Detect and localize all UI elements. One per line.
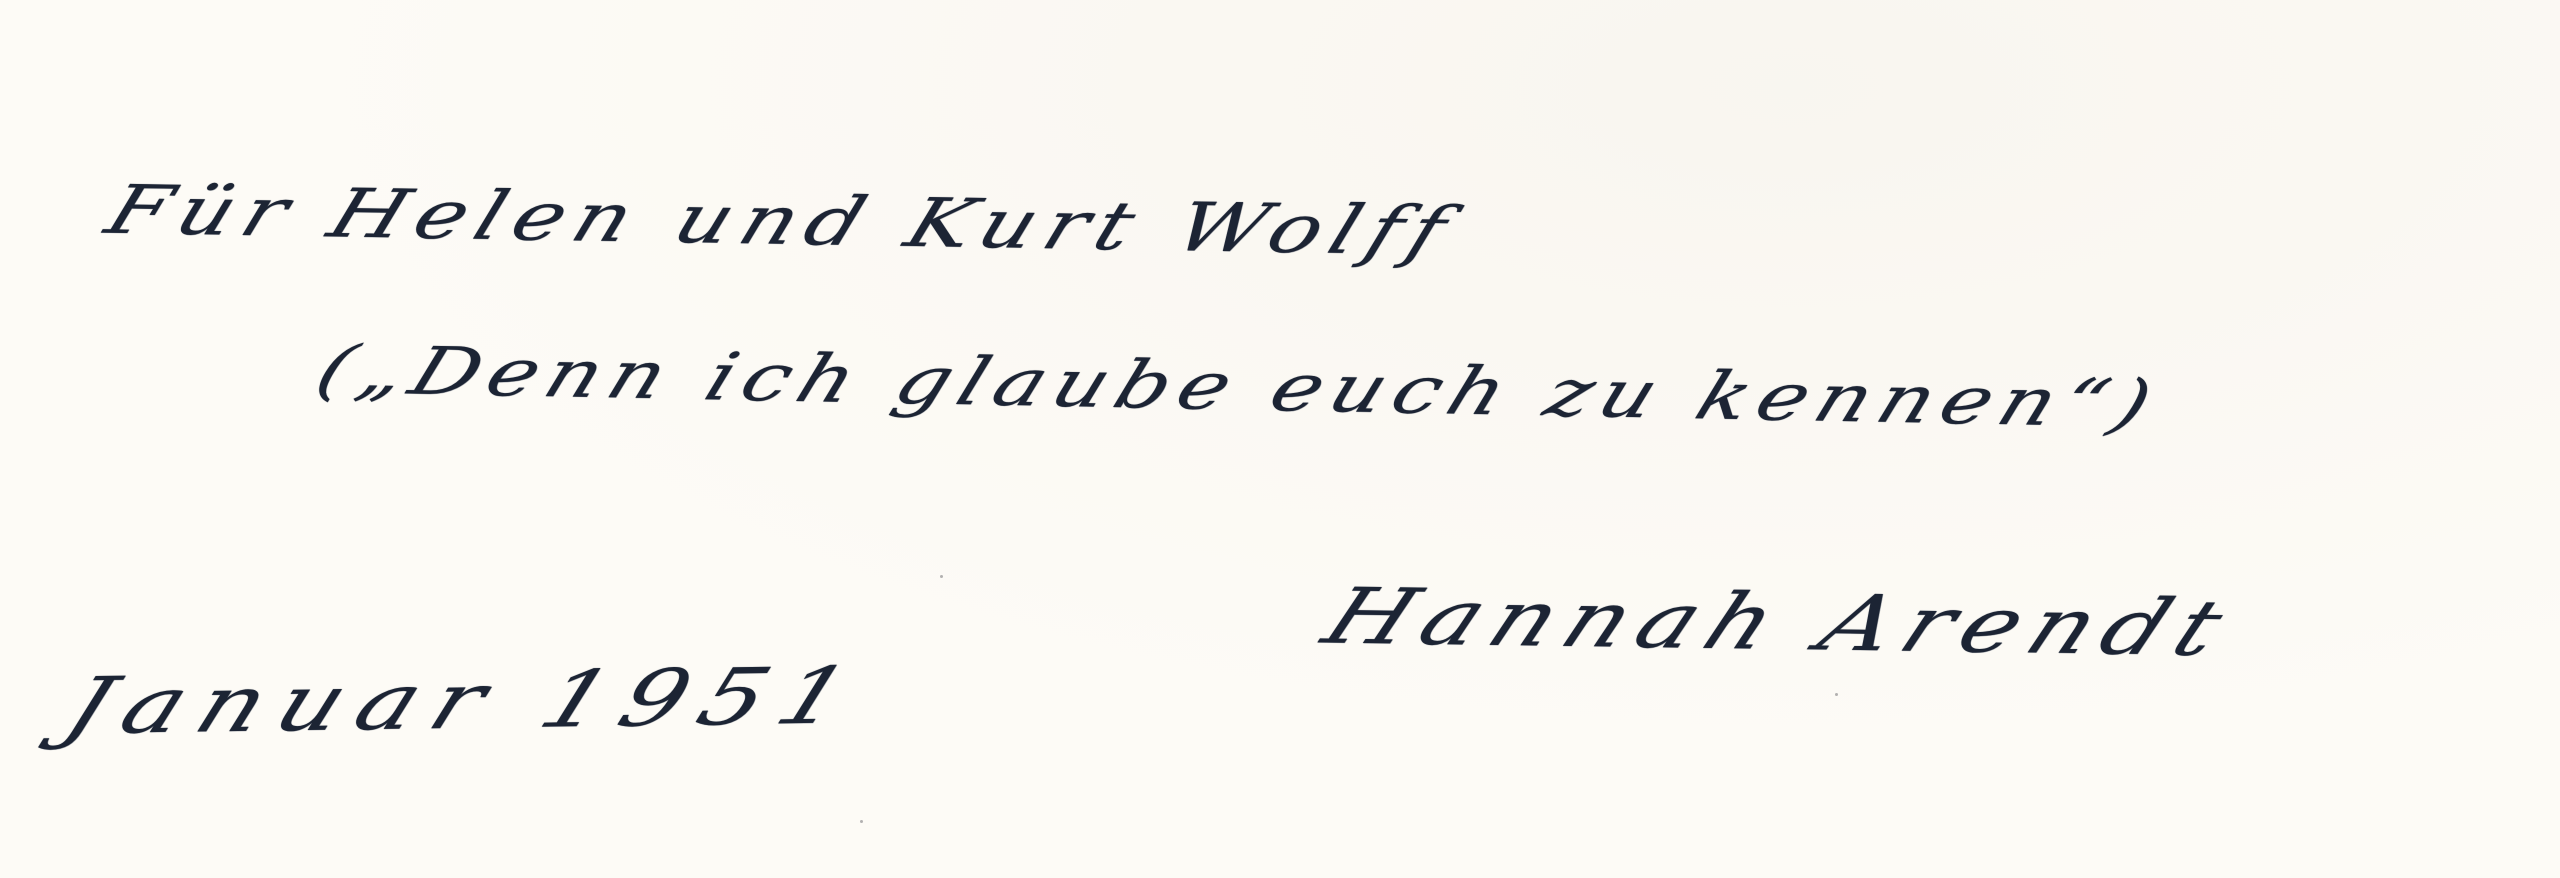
dedication-line: Für Helen und Kurt Wolff [96,171,1466,271]
quote-line: („Denn ich glaube euch zu kennen“) [306,331,2170,443]
paper-speck [1835,693,1838,696]
signature: Hannah Arendt [1311,571,2248,673]
date-line: Januar 1951 [53,650,878,752]
paper-speck [860,820,863,823]
paper-page: Für Helen und Kurt Wolff („Denn ich glau… [0,0,2560,878]
paper-speck [940,575,943,578]
